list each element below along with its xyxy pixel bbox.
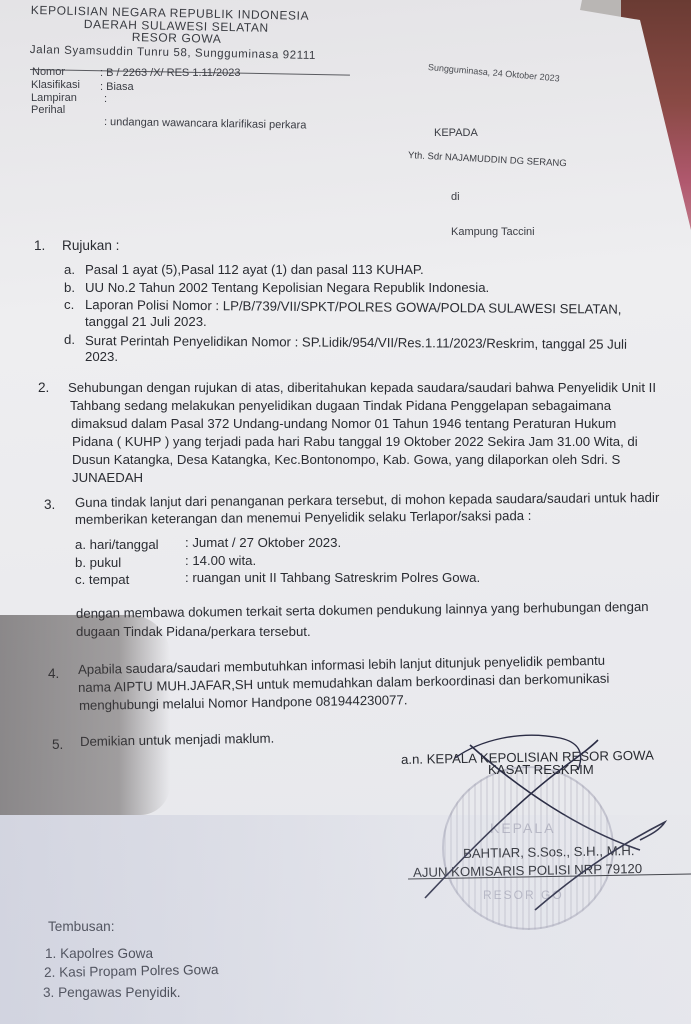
shadow-overlay bbox=[0, 615, 170, 815]
lighting-overlay bbox=[0, 815, 691, 1024]
